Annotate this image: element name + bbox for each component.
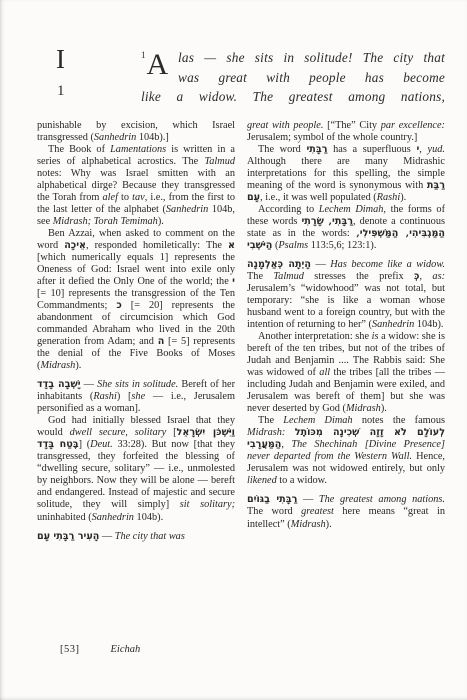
commentary-paragraph: יָשְׁבָה בָדָד — She sits in solitude. B…	[37, 379, 235, 415]
chapter-numeral: I	[56, 46, 65, 73]
italic-text-run: Rashi	[93, 391, 116, 402]
text-run: The word	[247, 506, 301, 517]
commentary-paragraph: The Book of Lamentations is written in a…	[37, 144, 235, 228]
hebrew-text: רַבָּתִי	[306, 144, 327, 155]
italic-text-run: Deut.	[90, 439, 113, 450]
italic-text-run: as:	[432, 271, 445, 282]
italic-text-run: yud.	[428, 144, 445, 155]
text-run	[285, 427, 294, 438]
verse-line-1: las — she sits in solitude! The city tha…	[141, 48, 445, 68]
commentary-paragraph: רַבָּתִי בַגּוֹיִם — The greatest among …	[247, 494, 445, 530]
italic-text-run: Midrash	[291, 519, 326, 530]
text-run: ).	[75, 360, 81, 371]
text-run: , i.e., it was well populated (	[260, 192, 377, 203]
text-run: to a widow.	[277, 475, 327, 486]
italic-text-run: The greatest among nations.	[319, 494, 445, 505]
italic-text-run: is	[372, 331, 379, 342]
text-run: [	[166, 427, 176, 438]
verse-text-block: 1A las — she sits in solitude! The city …	[141, 48, 445, 107]
italic-text-run: Midrash	[346, 403, 381, 414]
commentary-paragraph: The Lechem Dimah notes the famous Midras…	[247, 415, 445, 487]
hebrew-text: י	[232, 276, 235, 287]
commentary-paragraph: great with people. [“The” City par excel…	[247, 120, 445, 144]
text-run: ).	[400, 192, 406, 203]
text-run: [which numerically equals 1] represents …	[37, 252, 235, 287]
italic-text-run: Talmud	[273, 271, 304, 282]
commentary-paragraph: According to Lechem Dimah, the forms of …	[247, 204, 445, 252]
commentary-paragraph: The word רַבָּתִי has a superfluous י, y…	[247, 144, 445, 204]
commentary-paragraph: Ben Azzai, when asked to comment on the …	[37, 228, 235, 372]
verse-superscript: 1	[141, 50, 146, 60]
page-footer: [53]Eichah	[60, 644, 140, 655]
commentary-paragraph: Another interpretation: she is a widow: …	[247, 331, 445, 415]
hebrew-text: הָיְתָה כְּאַלְמָנָה	[247, 259, 311, 270]
verse-dropcap: 1A	[141, 48, 178, 86]
italic-text-run: Lamentations	[110, 144, 166, 155]
italic-text-run: Lechem Dimah,	[319, 204, 386, 215]
text-run: stresses the prefix	[304, 271, 414, 282]
text-run: 104b).	[414, 319, 443, 330]
hebrew-text: אֵיכָה	[64, 240, 86, 251]
text-run: 104b).	[134, 512, 163, 523]
left-column: punishable by excision, which Israel tra…	[37, 120, 235, 543]
text-run: According to	[258, 204, 319, 215]
hebrew-text: א	[228, 240, 235, 251]
page-number: [53]	[60, 644, 80, 655]
italic-text-run: Sanhedrin	[92, 512, 134, 523]
text-run: uninhabited (	[37, 512, 92, 523]
italic-text-run: Sanhedrin	[94, 132, 136, 143]
italic-text-run: Midrash:	[247, 427, 285, 438]
text-run: ,	[281, 439, 291, 450]
italic-text-run: Has become like a widow.	[330, 259, 445, 270]
italic-text-run: tav	[132, 192, 145, 203]
text-run: has a superfluous	[328, 144, 417, 155]
commentary-paragraph: punishable by excision, which Israel tra…	[37, 120, 235, 144]
italic-text-run: greatest	[301, 506, 334, 517]
hebrew-text: הָעִיר רַבָּתִי עָם	[37, 531, 99, 542]
dropcap-letter: A	[147, 48, 169, 81]
book-page: I 1 1A las — she sits in solitude! The c…	[0, 0, 467, 700]
italic-text-run: Midrash; Torah Temimah	[53, 216, 158, 227]
italic-text-run: all	[319, 367, 330, 378]
italic-text-run: Rashi	[377, 192, 400, 203]
commentary-paragraph: הָיְתָה כְּאַלְמָנָה — Has become like a…	[247, 259, 445, 331]
text-run: Jerusalem; symbol of the whole country.]	[247, 132, 417, 143]
text-run: —	[311, 259, 330, 270]
right-column: great with people. [“The” City par excel…	[247, 120, 445, 543]
italic-text-run: alef	[103, 192, 118, 203]
italic-text-run: She sits in solitude.	[97, 379, 178, 390]
commentary-columns: punishable by excision, which Israel tra…	[37, 120, 445, 543]
hebrew-text: יָשְׁבָה בָדָד	[37, 379, 81, 390]
italic-text-run: dwell secure, solitary	[70, 427, 167, 438]
text-run: ).	[158, 216, 164, 227]
text-run: [“The” City	[323, 120, 380, 131]
italic-text-run: likened	[247, 475, 277, 486]
italic-text-run: par excellence:	[381, 120, 445, 131]
italic-text-run: Lechem Dimah	[283, 415, 352, 426]
italic-text-run: great with people.	[247, 120, 323, 131]
italic-text-run: The city that was	[115, 531, 185, 542]
italic-text-run: Sanhedrin	[166, 204, 208, 215]
text-run: Although there are many Midrashic interp…	[247, 156, 445, 191]
verse-number-marker: 1	[57, 84, 65, 99]
hebrew-text: רַבָּתִי, שָׂרָתִי	[301, 216, 353, 227]
italic-text-run: she	[131, 391, 145, 402]
text-run: The Book of	[48, 144, 110, 155]
text-run: notes the famous	[353, 415, 445, 426]
italic-text-run: sit solitary;	[180, 499, 235, 510]
book-title: Eichah	[111, 644, 141, 655]
italic-text-run: Midrash	[40, 360, 75, 371]
text-run: ).	[326, 519, 332, 530]
italic-text-run: Psalms	[278, 240, 308, 251]
text-run: The	[258, 415, 283, 426]
text-run: ] (	[79, 439, 91, 450]
text-run: —	[99, 531, 114, 542]
text-run: Another interpretation: she	[258, 331, 372, 342]
text-run: to	[118, 192, 132, 203]
commentary-paragraph: הָעִיר רַבָּתִי עָם — The city that was	[37, 531, 235, 543]
text-run: —	[297, 494, 319, 505]
verse-line-3: like a widow. The greatest among nations…	[141, 87, 445, 107]
text-run: —	[81, 379, 98, 390]
hebrew-text: רַבָּתִי בַגּוֹיִם	[247, 494, 297, 505]
text-run: ) [	[117, 391, 132, 402]
commentary-paragraph: God had initially blessed Israel that th…	[37, 415, 235, 523]
text-run: 113:5,6; 123:1).	[308, 240, 376, 251]
text-run: 104b).]	[136, 132, 169, 143]
text-run: ).	[381, 403, 387, 414]
text-run: The	[247, 271, 273, 282]
text-run: ,	[419, 271, 432, 282]
text-run: The word	[258, 144, 306, 155]
verse-line-2: was great with people has become	[141, 68, 445, 88]
italic-text-run: Talmud	[204, 156, 235, 167]
text-run: ,	[419, 144, 427, 155]
text-run: , responded homiletically: The	[86, 240, 228, 251]
italic-text-run: Sanhedrin	[372, 319, 414, 330]
